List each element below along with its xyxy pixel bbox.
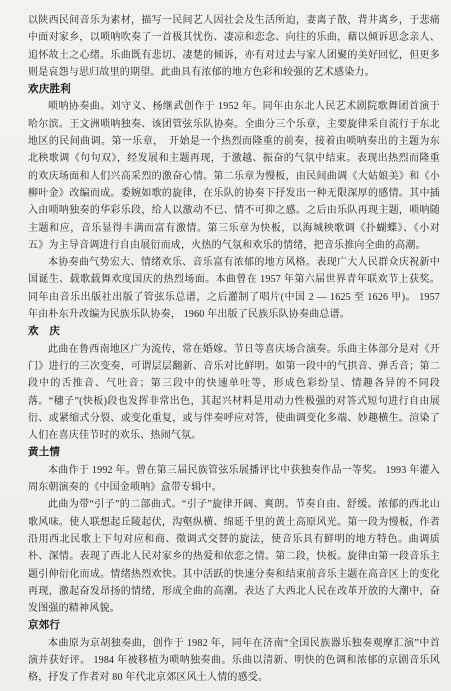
paragraph-huangtuqing-awards: 本曲作于 1992 年。曾在第三届民族管弦乐展播评比中获独奏作品一等奖。 199… bbox=[28, 462, 440, 497]
paragraph-suona-concerto: 唢呐协奏曲。刘守义、杨继武创作于 1952 年。同年由东北人民艺术剧院歌舞团首演… bbox=[28, 98, 440, 254]
paragraph-shaanxi-intro: 以陕西民间音乐为素材，描写一民间艺人因社会及生活所迫，妻离子散，背井离乡，于悲痛… bbox=[28, 12, 440, 81]
heading-huan-qing-sheng-li: 欢庆胜利 bbox=[28, 81, 440, 98]
document-body: 以陕西民间音乐为素材，描写一民间艺人因社会及生活所迫，妻离子散，背井离乡，于悲痛… bbox=[28, 12, 440, 687]
scanned-page: 以陕西民间音乐为素材，描写一民间艺人因社会及生活所迫，妻离子散，背井离乡，于悲痛… bbox=[0, 0, 451, 691]
paragraph-concerto-awards: 本协奏曲气势宏大、情绪欢乐、音乐富有浓郁的地方风格。表现广大人民群众庆祝新中国诞… bbox=[28, 254, 440, 323]
paragraph-huanqing-description: 此曲在鲁西南地区广为流传，常在婚嫁、节日等喜庆场合演奏。乐曲主体部分是对《开门》… bbox=[28, 341, 440, 445]
heading-jing-jiao-xing: 京郊行 bbox=[28, 617, 440, 634]
heading-huan-qing: 欢 庆 bbox=[28, 323, 440, 340]
paragraph-huangtuqing-structure: 此曲为带“引子”的二部曲式。“引子”旋律开阔、爽朗。节奏自由、舒缓。浓郁的西北山… bbox=[28, 496, 440, 617]
paragraph-jingjiaoxing-description: 本曲原为京胡独奏曲，创作于 1982 年，同年在济南“全国民族器乐独奏观摩汇演”… bbox=[28, 635, 440, 687]
heading-huang-tu-qing: 黄土情 bbox=[28, 444, 440, 461]
